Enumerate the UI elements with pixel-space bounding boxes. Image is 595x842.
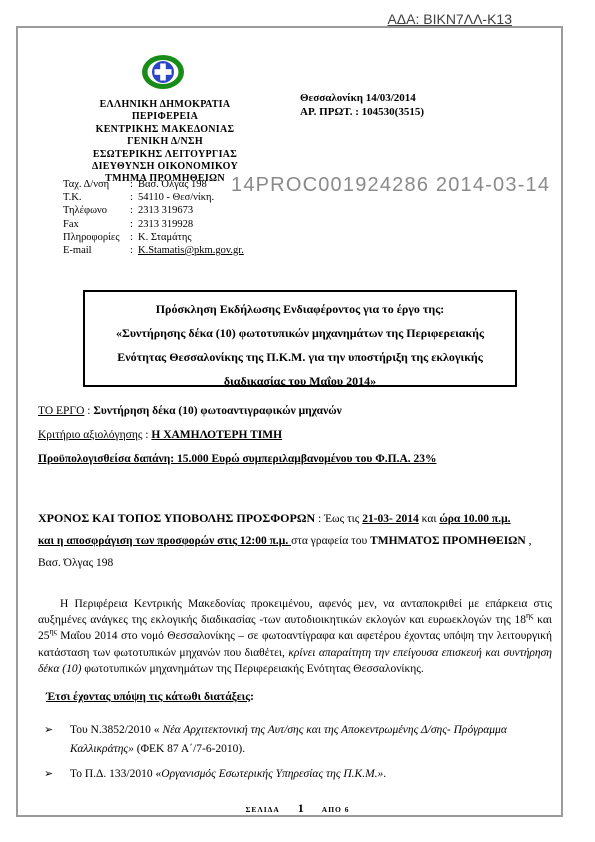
contact-label: Τ.Κ. (63, 191, 130, 204)
page-number: 1 (298, 801, 304, 815)
city-date: Θεσσαλονίκη 14/03/2014 (300, 92, 424, 106)
org-line: ΔΙΕΥΘΥΝΣΗ ΟΙΚΟΝΟΜΙΚΟΥ (50, 161, 280, 173)
org-line: ΠΕΡΙΦΕΡΕΙΑ (50, 111, 280, 123)
deadline-date: 21-03- 2014 (362, 513, 419, 525)
deadline-heading: ΧΡΟΝΟΣ ΚΑΙ ΤΟΠΟΣ ΥΠΟΒΟΛΗΣ ΠΡΟΣΦΟΡΩΝ (38, 511, 315, 525)
opening-time: και η αποσφράγιση των προσφορών στις 12:… (38, 535, 291, 547)
tender-details: ΤΟ ΕΡΓΟ : Συντήρηση δέκα (10) φωτοαντιγρ… (38, 404, 538, 476)
protocol-number: ΑΡ. ΠΡΩΤ. : 104530(3515) (300, 106, 424, 120)
deadline-line2: και η αποσφράγιση των προσφορών στις 12:… (38, 530, 562, 552)
kimdis-registry-stamp: 14PROC001924286 2014-03-14 (231, 174, 550, 197)
org-line: ΕΛΛΗΝΙΚΗ ΔΗΜΟΚΡΑΤΙΑ (50, 99, 280, 111)
contact-row: Τηλέφωνο:2313 319673 (63, 204, 244, 217)
contact-block: Ταχ. Δ/νση:Βασ. Όλγας 198 Τ.Κ.:54110 - Θ… (63, 178, 244, 257)
contact-label: Τηλέφωνο (63, 204, 130, 217)
deadline-address: Βασ. Όλγας 198 (38, 552, 562, 574)
date-protocol-block: Θεσσαλονίκη 14/03/2014 ΑΡ. ΠΡΩΤ. : 10453… (300, 92, 424, 119)
provision-text: Του Ν.3852/2010 « Νέα Αρχιτεκτονική της … (70, 721, 530, 759)
document-page: ΑΔΑ: ΒΙΚΝ7ΛΛ-Κ13 ΕΛΛΗΝΙΚΗ ΔΗΜΟΚΡΑΤΙΑ ΠΕΡ… (0, 0, 595, 842)
provisions-lead: Έτσι έχοντας υπόψη τις κάτωθι διατάξεις: (46, 691, 254, 703)
department-name: ΤΜΗΜΑΤΟΣ ΠΡΟΜΗΘΕΙΩΝ (370, 535, 526, 547)
ada-code: ΑΔΑ: ΒΙΚΝ7ΛΛ-Κ13 (330, 11, 512, 27)
budget-line: Προϋπολογισθείσα δαπάνη: 15.000 Ευρώ συμ… (38, 452, 538, 466)
arrow-bullet-icon: ➢ (44, 765, 70, 784)
criterion-label: Κριτήριο αξιολόγησης (38, 429, 142, 441)
submission-deadline-block: ΧΡΟΝΟΣ ΚΑΙ ΤΟΠΟΣ ΥΠΟΒΟΛΗΣ ΠΡΟΣΦΟΡΩΝ : Έω… (38, 507, 562, 574)
contact-row: Πληροφορίες:Κ. Σταμάτης (63, 231, 244, 244)
contact-value: 2313 319928 (138, 219, 193, 230)
hellenic-republic-emblem-icon (140, 51, 186, 93)
project-line: ΤΟ ΕΡΓΟ : Συντήρηση δέκα (10) φωτοαντιγρ… (38, 404, 538, 418)
contact-value: 54110 - Θεσ/νίκη. (138, 192, 214, 203)
contact-row: E-mail:K.Stamatis@pkm.gov.gr. (63, 244, 244, 257)
deadline-time: ώρα 10.00 π.μ. (439, 513, 510, 525)
provision-item: ➢ Το Π.Δ. 133/2010 «Οργανισμός Εσωτερική… (44, 765, 530, 784)
arrow-bullet-icon: ➢ (44, 721, 70, 759)
page-of-label: ΑΠΟ 6 (322, 805, 350, 814)
org-line: ΕΣΩΤΕΡΙΚΗΣ ΛΕΙΤΟΥΡΓΙΑΣ (50, 149, 280, 161)
criterion-line: Κριτήριο αξιολόγησης : Η ΧΑΜΗΛΟΤΕΡΗ ΤΙΜΗ (38, 428, 538, 442)
contact-value: Κ. Σταμάτης (138, 232, 191, 243)
email-link[interactable]: K.Stamatis@pkm.gov.gr. (138, 245, 244, 256)
tender-title-line1: Πρόσκληση Εκδήλωσης Ενδιαφέροντος για το… (105, 297, 495, 321)
contact-label: Πληροφορίες (63, 231, 130, 244)
deadline-line1: ΧΡΟΝΟΣ ΚΑΙ ΤΟΠΟΣ ΥΠΟΒΟΛΗΣ ΠΡΟΣΦΟΡΩΝ : Έω… (38, 507, 562, 530)
contact-row: Τ.Κ.:54110 - Θεσ/νίκη. (63, 191, 244, 204)
page-footer: ΣΕΛΙΔΑ 1 ΑΠΟ 6 (0, 799, 595, 817)
project-value: Συντήρηση δέκα (10) φωτοαντιγραφικών μηχ… (93, 405, 341, 417)
contact-label: Fax (63, 218, 130, 231)
criterion-value: Η ΧΑΜΗΛΟΤΕΡΗ ΤΙΜΗ (151, 429, 282, 441)
provision-text: Το Π.Δ. 133/2010 «Οργανισμός Εσωτερικής … (70, 765, 530, 784)
contact-row: Ταχ. Δ/νση:Βασ. Όλγας 198 (63, 178, 244, 191)
provision-item: ➢ Του Ν.3852/2010 « Νέα Αρχιτεκτονική τη… (44, 721, 530, 759)
contact-value: Βασ. Όλγας 198 (138, 179, 207, 190)
contact-row: Fax:2313 319928 (63, 218, 244, 231)
intro-paragraph: Η Περιφέρεια Κεντρικής Μακεδονίας προκει… (38, 596, 552, 677)
tender-title-box: Πρόσκληση Εκδήλωσης Ενδιαφέροντος για το… (83, 290, 517, 387)
contact-value: 2313 319673 (138, 205, 193, 216)
page-label: ΣΕΛΙΔΑ (245, 805, 279, 814)
org-line: ΚΕΝΤΡΙΚΗΣ ΜΑΚΕΔΟΝΙΑΣ (50, 124, 280, 136)
org-line: ΓΕΝΙΚΗ Δ/ΝΣΗ (50, 136, 280, 148)
contact-label: E-mail (63, 244, 130, 257)
tender-title-line2: «Συντήρησης δέκα (10) φωτοτυπικών μηχανη… (105, 321, 495, 393)
budget-value: Προϋπολογισθείσα δαπάνη: 15.000 Ευρώ συμ… (38, 453, 437, 465)
provisions-list: ➢ Του Ν.3852/2010 « Νέα Αρχιτεκτονική τη… (44, 721, 530, 790)
project-label: ΤΟ ΕΡΓΟ (38, 405, 84, 417)
contact-label: Ταχ. Δ/νση (63, 178, 130, 191)
issuing-authority-block: ΕΛΛΗΝΙΚΗ ΔΗΜΟΚΡΑΤΙΑ ΠΕΡΙΦΕΡΕΙΑ ΚΕΝΤΡΙΚΗΣ… (50, 99, 280, 186)
